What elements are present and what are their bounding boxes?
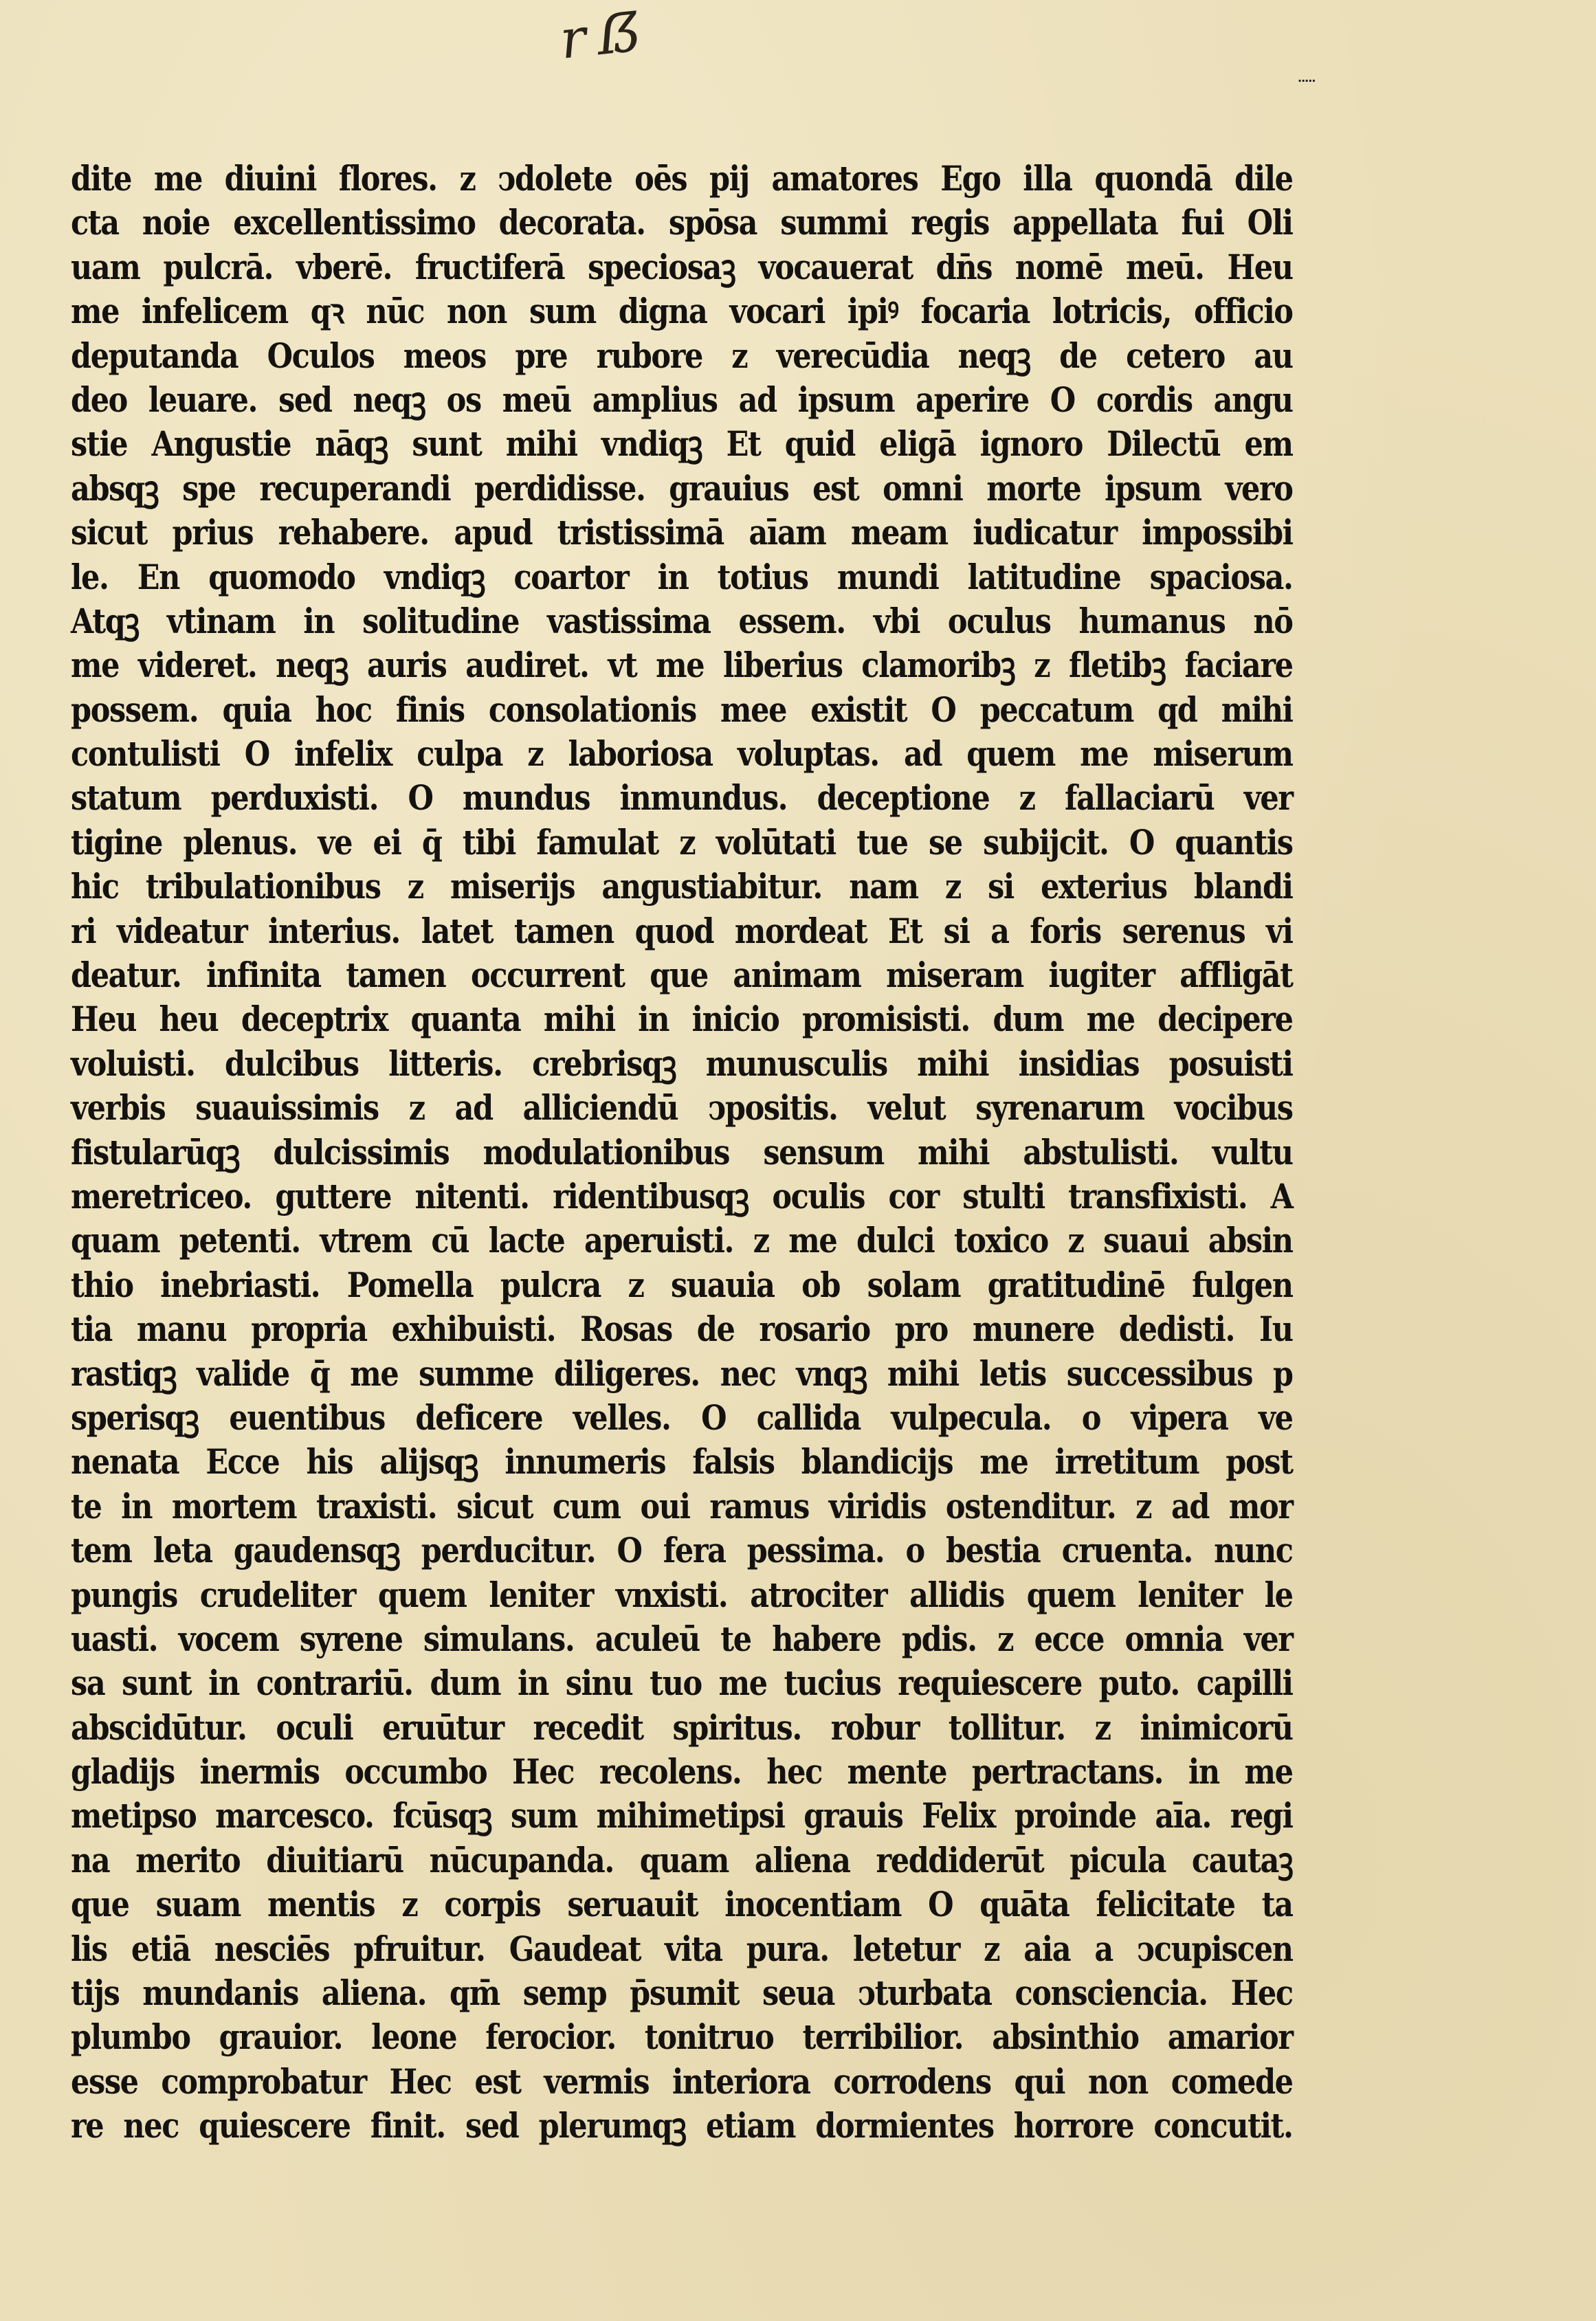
text-line-46 bbox=[71, 2148, 1293, 2192]
text-line-19: deatur. infinita tamen occurrent que ani… bbox=[71, 953, 1293, 997]
text-line-12: me videret. neqꝫ auris audiret. vt me li… bbox=[71, 643, 1293, 687]
text-line-27: tia manu propria exhibuisti. Rosas de ro… bbox=[71, 1307, 1293, 1351]
text-line-36: abscidūtur. oculi eruūtur recedit spirit… bbox=[71, 1706, 1293, 1750]
text-line-14: contulisti O infelix culpa z laboriosa v… bbox=[71, 732, 1293, 776]
text-line-4: me infelicem qꝛ nūc non sum digna vocari… bbox=[71, 289, 1293, 333]
text-line-40: que suam mentis z corpis seruauit inocen… bbox=[71, 1883, 1293, 1926]
text-line-7: stie Angustie nāqꝫ sunt mihi vndiqꝫ Et q… bbox=[71, 422, 1293, 466]
text-line-9: sicut prius rehabere. apud tristissimā a… bbox=[71, 511, 1293, 555]
text-line-17: hic tribulationibus z miserijs angustiab… bbox=[71, 865, 1293, 909]
text-line-10: le. En quomodo vndiqꝫ coartor in totius … bbox=[71, 555, 1293, 599]
text-line-29: sperisqꝫ euentibus deficere velles. O ca… bbox=[71, 1396, 1293, 1440]
text-line-42: tijs mundanis aliena. qm̄ semp p̄sumit s… bbox=[71, 1971, 1293, 2015]
text-column: dite me diuini flores. z ↄdolete oēs pij… bbox=[71, 157, 1293, 2192]
text-line-2: cta noie excellentissimo decorata. spōsa… bbox=[71, 201, 1293, 245]
catchword-mark: ····· bbox=[1298, 74, 1315, 87]
text-line-20: Heu heu deceptrix quanta mihi in inicio … bbox=[71, 997, 1293, 1041]
text-line-26: thio inebriasti. Pomella pulcra z suauia… bbox=[71, 1263, 1293, 1307]
text-line-21: voluisti. dulcibus litteris. crebrisqꝫ m… bbox=[71, 1042, 1293, 1086]
text-line-37: gladijs inermis occumbo Hec recolens. he… bbox=[71, 1750, 1293, 1794]
handwritten-folio-number: r ẞ bbox=[557, 1, 643, 71]
text-line-18: ri videatur interius. latet tamen quod m… bbox=[71, 909, 1293, 953]
text-line-38: metipso marcesco. fcūsqꝫ sum mihimetipsi… bbox=[71, 1794, 1293, 1838]
text-line-41: lis etiā nesciēs pfruitur. Gaudeat vita … bbox=[71, 1927, 1293, 1971]
text-line-33: pungis crudeliter quem leniter vnxisti. … bbox=[71, 1573, 1293, 1617]
text-line-32: tem leta gaudensqꝫ perducitur. O fera pe… bbox=[71, 1529, 1293, 1573]
text-line-30: nenata Ecce his alijsqꝫ innumeris falsis… bbox=[71, 1440, 1293, 1484]
text-line-39: na merito diuitiarū nūcupanda. quam alie… bbox=[71, 1839, 1293, 1883]
text-line-3: uam pulcrā. vberē. fructiferā speciosaꝫ … bbox=[71, 245, 1293, 289]
text-line-13: possem. quia hoc finis consolationis mee… bbox=[71, 688, 1293, 732]
text-line-25: quam petenti. vtrem cū lacte aperuisti. … bbox=[71, 1219, 1293, 1263]
text-line-31: te in mortem traxisti. sicut cum oui ram… bbox=[71, 1485, 1293, 1529]
text-line-1: dite me diuini flores. z ↄdolete oēs pij… bbox=[71, 157, 1293, 201]
text-line-24: meretriceo. guttere nitenti. ridentibusq… bbox=[71, 1175, 1293, 1219]
text-line-45: re nec quiescere finit. sed plerumqꝫ eti… bbox=[71, 2104, 1293, 2148]
text-line-22: verbis suauissimis z ad alliciendū ↄposi… bbox=[71, 1086, 1293, 1130]
text-line-8: absqꝫ spe recuperandi perdidisse. grauiu… bbox=[71, 467, 1293, 511]
text-line-11: Atqꝫ vtinam in solitudine vastissima ess… bbox=[71, 599, 1293, 643]
text-line-43: plumbo grauior. leone ferocior. tonitruo… bbox=[71, 2015, 1293, 2059]
text-line-34: uasti. vocem syrene simulans. aculeū te … bbox=[71, 1617, 1293, 1661]
text-line-28: rastiqꝫ valide q̄ me summe diligeres. ne… bbox=[71, 1352, 1293, 1396]
text-line-16: tigine plenus. ve ei q̄ tibi famulat z v… bbox=[71, 821, 1293, 865]
text-line-15: statum perduxisti. O mundus inmundus. de… bbox=[71, 776, 1293, 820]
text-line-44: esse comprobatur Hec est vermis interior… bbox=[71, 2060, 1293, 2104]
text-line-35: sa sunt in contrariū. dum in sinu tuo me… bbox=[71, 1661, 1293, 1705]
text-line-6: deo leuare. sed neqꝫ os meū amplius ad i… bbox=[71, 378, 1293, 422]
text-line-5: deputanda Oculos meos pre rubore z verec… bbox=[71, 334, 1293, 378]
manuscript-page: r ẞ ····· dite me diuini flores. z ↄdole… bbox=[0, 0, 1596, 2321]
text-line-23: fistularūqꝫ dulcissimis modulationibus s… bbox=[71, 1131, 1293, 1175]
